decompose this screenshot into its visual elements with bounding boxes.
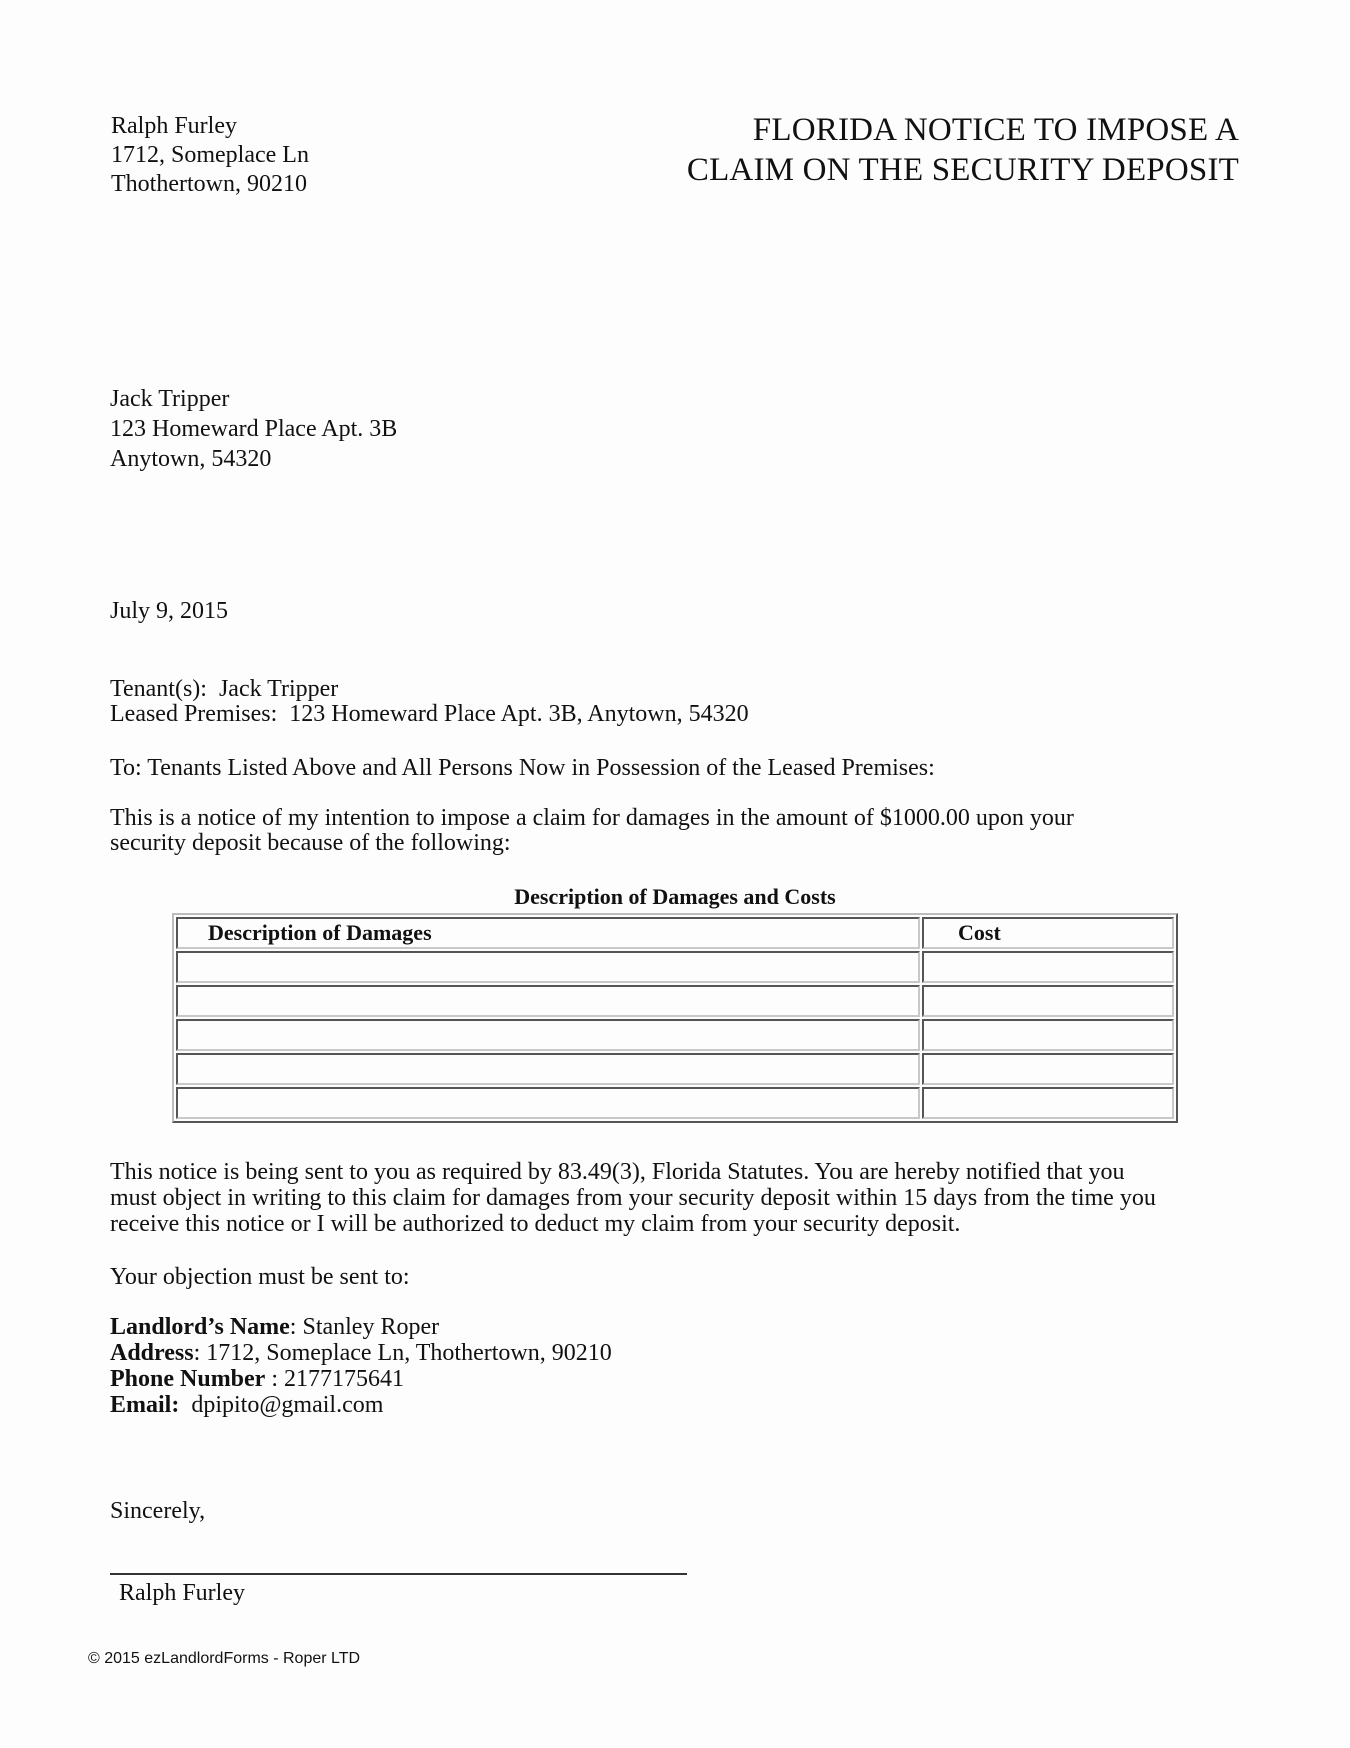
objection-instruction: Your objection must be sent to: <box>110 1263 410 1291</box>
landlord-address-label: Address <box>110 1340 194 1366</box>
statute-line-2: must object in writing to this claim for… <box>110 1185 1250 1211</box>
damages-table: Description of Damages Cost <box>172 913 1178 1123</box>
landlord-name-line: Landlord’s Name: Stanley Roper <box>110 1314 612 1340</box>
landlord-phone-line: Phone Number : 2177175641 <box>110 1366 612 1392</box>
damage-cost-cell[interactable] <box>922 1053 1174 1085</box>
closing-salutation: Sincerely, <box>110 1497 205 1525</box>
sender-name: Ralph Furley <box>111 112 309 141</box>
damage-description-cell[interactable] <box>176 985 920 1017</box>
document-title: FLORIDA NOTICE TO IMPOSE A CLAIM ON THE … <box>687 110 1239 190</box>
damage-cost-cell[interactable] <box>922 1019 1174 1051</box>
table-row <box>176 951 1174 983</box>
tenant-info-block: Tenant(s): Jack Tripper Leased Premises:… <box>110 677 749 727</box>
damages-table-header: Description of Damages Cost <box>176 917 1174 949</box>
column-header-cost: Cost <box>922 917 1174 949</box>
damage-cost-cell[interactable] <box>922 1087 1174 1119</box>
signer-name: Ralph Furley <box>119 1578 245 1608</box>
recipient-street: 123 Homeward Place Apt. 3B <box>110 414 397 444</box>
landlord-email-value: dpipito@gmail.com <box>179 1392 383 1418</box>
premises-line: Leased Premises: 123 Homeward Place Apt.… <box>110 702 749 727</box>
tenants-value: Jack Tripper <box>219 676 338 702</box>
landlord-address-line: Address: 1712, Someplace Ln, Thothertown… <box>110 1340 612 1366</box>
sender-city-zip: Thothertown, 90210 <box>111 170 309 199</box>
statute-line-3: receive this notice or I will be authori… <box>110 1211 1250 1237</box>
statute-paragraph: This notice is being sent to you as requ… <box>110 1159 1250 1237</box>
premises-label: Leased Premises: <box>110 701 277 727</box>
intro-line-2: security deposit because of the followin… <box>110 831 1230 856</box>
column-header-description: Description of Damages <box>176 917 920 949</box>
statute-line-1: This notice is being sent to you as requ… <box>110 1159 1250 1185</box>
damage-description-cell[interactable] <box>176 1053 920 1085</box>
premises-value: 123 Homeward Place Apt. 3B, Anytown, 543… <box>289 701 748 727</box>
landlord-phone-value: : 2177175641 <box>265 1366 404 1392</box>
recipient-name: Jack Tripper <box>110 384 397 414</box>
intro-paragraph: This is a notice of my intention to impo… <box>110 806 1230 856</box>
landlord-email-label: Email: <box>110 1392 179 1418</box>
landlord-email-line: Email: dpipito@gmail.com <box>110 1392 612 1418</box>
tenants-line: Tenant(s): Jack Tripper <box>110 677 749 702</box>
damage-cost-cell[interactable] <box>922 985 1174 1017</box>
tenants-label: Tenant(s): <box>110 676 207 702</box>
landlord-name-value: : Stanley Roper <box>290 1314 439 1340</box>
damage-cost-cell[interactable] <box>922 951 1174 983</box>
title-line-1: FLORIDA NOTICE TO IMPOSE A <box>687 110 1239 150</box>
landlord-address-value: : 1712, Someplace Ln, Thothertown, 90210 <box>194 1340 612 1366</box>
sender-address-block: Ralph Furley 1712, Someplace Ln Thothert… <box>111 112 309 199</box>
damage-description-cell[interactable] <box>176 1087 920 1119</box>
damage-description-cell[interactable] <box>176 1019 920 1051</box>
intro-line-1: This is a notice of my intention to impo… <box>110 806 1230 831</box>
recipient-city-zip: Anytown, 54320 <box>110 444 397 474</box>
copyright-footer: © 2015 ezLandlordForms - Roper LTD <box>88 1650 360 1668</box>
recipient-address-block: Jack Tripper 123 Homeward Place Apt. 3B … <box>110 384 397 474</box>
letter-date: July 9, 2015 <box>110 596 228 626</box>
sender-street: 1712, Someplace Ln <box>111 141 309 170</box>
table-row <box>176 1053 1174 1085</box>
landlord-phone-label: Phone Number <box>110 1366 265 1392</box>
table-row <box>176 1087 1174 1119</box>
addressee-line: To: Tenants Listed Above and All Persons… <box>110 754 935 782</box>
damage-description-cell[interactable] <box>176 951 920 983</box>
table-row <box>176 1019 1174 1051</box>
damages-table-caption: Description of Damages and Costs <box>172 884 1178 910</box>
signature-line[interactable] <box>110 1573 687 1575</box>
table-row <box>176 985 1174 1017</box>
title-line-2: CLAIM ON THE SECURITY DEPOSIT <box>687 150 1239 190</box>
landlord-contact-block: Landlord’s Name: Stanley Roper Address: … <box>110 1314 612 1418</box>
landlord-name-label: Landlord’s Name <box>110 1314 290 1340</box>
